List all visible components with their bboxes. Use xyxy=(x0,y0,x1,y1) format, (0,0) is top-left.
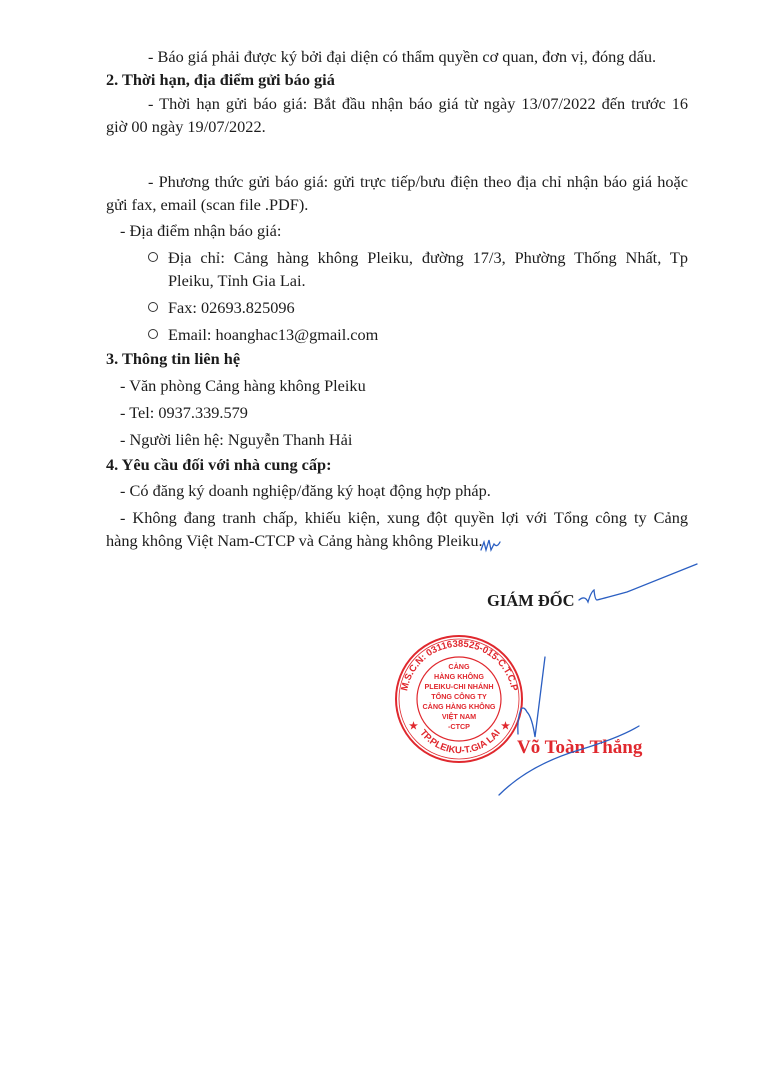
handwritten-signature-icon xyxy=(0,0,757,1070)
